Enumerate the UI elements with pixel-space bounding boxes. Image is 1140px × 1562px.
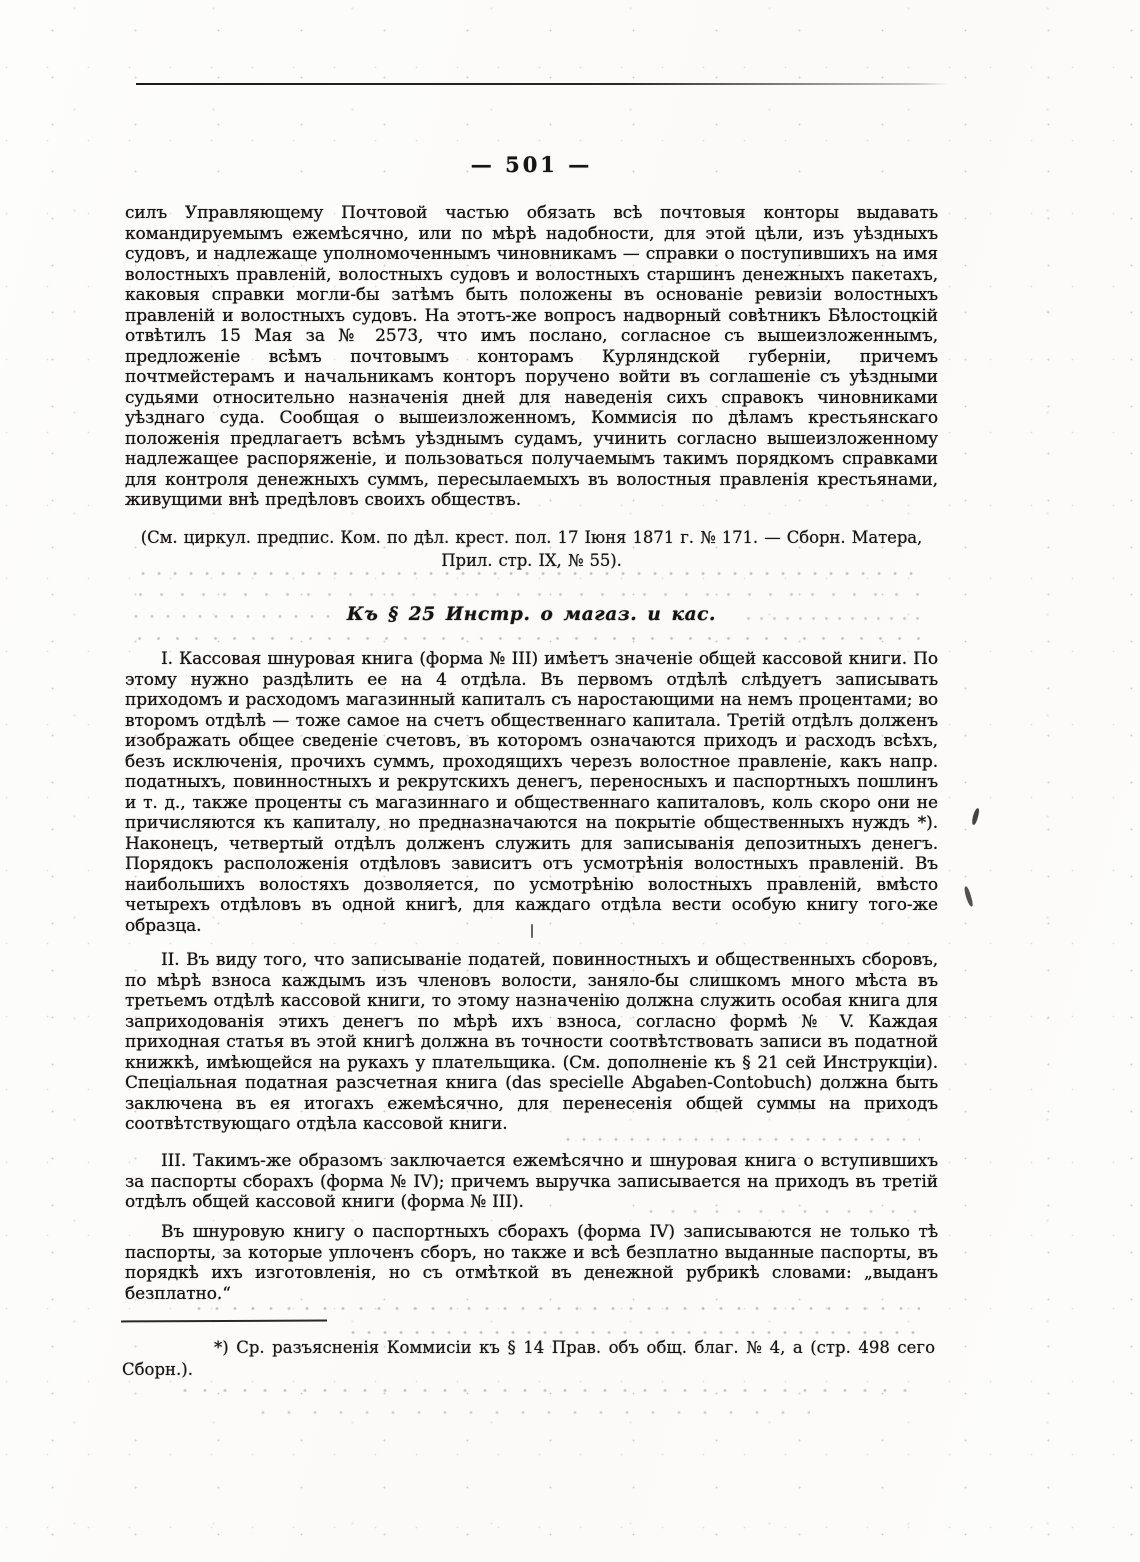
continuation-paragraph: силъ Управляющему Почтовой частью обязат… [125, 203, 938, 511]
section-heading: Къ § 25 Инстр. о магаз. и кас. [125, 604, 938, 625]
footnote-rule [121, 1320, 327, 1323]
section-paragraph-1: I. Кассовая шнуровая книга (форма № III)… [125, 649, 938, 936]
section-paragraph-3: III. Такимъ-же образомъ заключается ежем… [125, 1151, 938, 1213]
section-paragraph-2: II. Въ виду того, что записываніе подате… [125, 950, 938, 1135]
bleedthrough-row [190, 1306, 920, 1311]
ink-smudge-mark [963, 886, 974, 908]
bleedthrough-row [250, 1410, 810, 1415]
section-paragraph-4: Въ шнуровую книгу о паспортныхъ сборахъ … [125, 1222, 938, 1304]
header-rule [136, 83, 949, 85]
page-number: — 501 — [125, 152, 938, 177]
ink-tick-mark [531, 924, 533, 938]
bleedthrough-row [130, 592, 925, 597]
scanned-book-page: — 501 — силъ Управляющему Почтовой часть… [0, 0, 1140, 1562]
bleedthrough-row [130, 636, 928, 641]
bleedthrough-row [345, 1330, 923, 1335]
footnote-text: *) Ср. разъясненія Коммисіи къ § 14 Прав… [122, 1337, 935, 1381]
ink-smudge-mark [971, 808, 980, 826]
bleedthrough-row [175, 1388, 920, 1393]
bleedthrough-row [560, 1137, 920, 1142]
citation-note: (См. циркул. предпис. Ком. по дѣл. крест… [125, 526, 938, 572]
